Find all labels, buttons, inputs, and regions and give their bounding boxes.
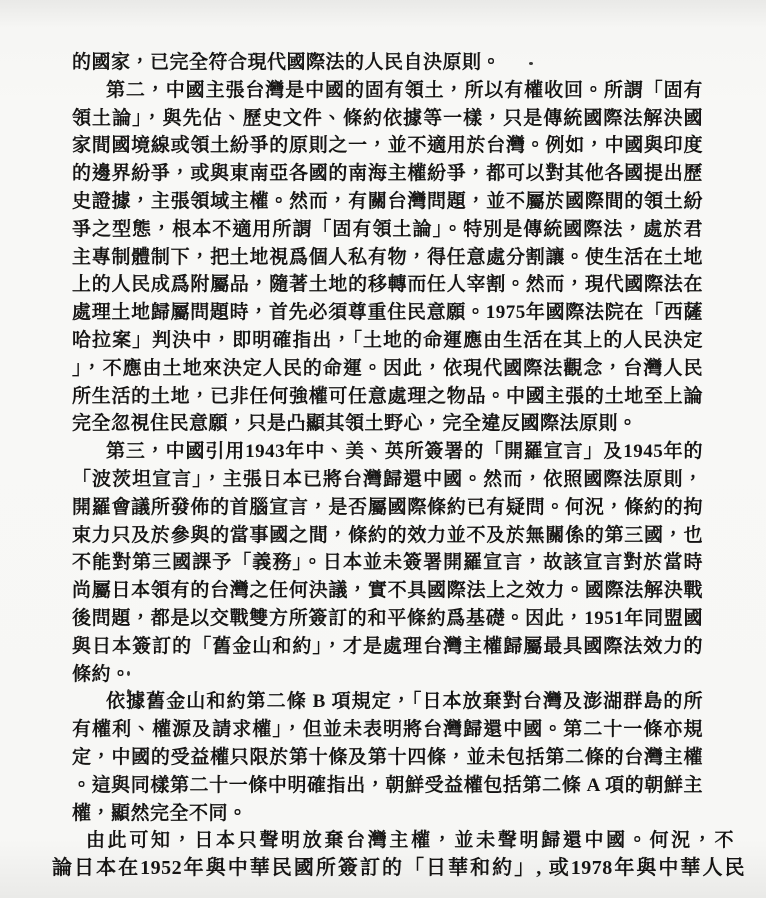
scan-text-line: 「波茨坦宣言」，主張日本已將台灣歸還中國。然而，依照國際法原則， (72, 466, 703, 494)
scan-text-line: 定，中國的受益權只限於第十條及第十四條，並未包括第二條的台灣主權 (72, 744, 703, 772)
scan-speckle (127, 671, 130, 676)
scan-text-line: 的邊界紛爭，或與東南亞各國的南海主權紛爭，都可以對其他各國提出歷 (72, 160, 703, 188)
scan-speckle (529, 62, 533, 65)
scan-text-line: 開羅會議所發佈的首腦宣言，是否屬國際條約已有疑問。何況，條約的拘 (72, 494, 703, 522)
scan-text-line: 」，不應由土地來決定人民的命運。因此，依現代國際法觀念，台灣人民 (72, 355, 703, 383)
scan-text-line: 爭之型態，根本不適用所謂「固有領土論」。特別是傳統國際法，處於君 (72, 216, 703, 244)
scan-text-line: 條約。 (72, 661, 703, 689)
scan-text-line: 家間國境線或領土紛爭的原則之一，並不適用於台灣。例如，中國與印度 (72, 132, 703, 160)
scan-text-line: 由此可知，日本只聲明放棄台灣主權，並未聲明歸還中國。何況，不 (52, 827, 734, 855)
scan-text-line: 領土論」，與先佔、歷史文件、條約依據等一樣，只是傳統國際法解決國 (72, 105, 703, 133)
scan-text-line: 有權利、權源及請求權」，但並未表明將台灣歸還中國。第二十一條亦規 (72, 716, 703, 744)
body-text-block: 的國家，已完全符合現代國際法的人民自決原則。第二，中國主張台灣是中國的固有領土，… (72, 49, 703, 883)
scan-text-line: 處理土地歸屬問題時，首先必須尊重住民意願。1975年國際法院在「西薩 (72, 299, 703, 327)
scan-text-line: 完全忽視住民意願，只是凸顯其領土野心，完全違反國際法原則。 (72, 410, 703, 438)
scan-text-line: 不能對第三國課予「義務」。日本並未簽署開羅宣言，故該宣言對於當時 (72, 549, 703, 577)
scan-text-line: 權，顯然完全不同。 (72, 800, 703, 828)
scan-text-line: 上的人民成爲附屬品，隨著土地的移轉而任人宰割。然而，現代國際法在 (72, 271, 703, 299)
scan-text-line: 論日本在1952年與中華民國所簽訂的「日華和約」, 或1978年與中華人民 (52, 855, 745, 883)
scan-text-line: 第二，中國主張台灣是中國的固有領土，所以有權收回。所謂「固有 (72, 77, 703, 105)
scan-text-line: 的國家，已完全符合現代國際法的人民自決原則。 (72, 49, 703, 77)
scan-text-line: 哈拉案」判決中，即明確指出，「土地的命運應由生活在其上的人民決定 (72, 327, 703, 355)
scan-text-line: 第三，中國引用1943年中、美、英所簽署的「開羅宣言」及1945年的 (72, 438, 703, 466)
scan-text-line: 主專制體制下，把土地視爲個人私有物，得任意處分割讓。使生活在土地 (72, 244, 703, 272)
scan-text-line: 束力只及於參與的當事國之間，條約的效力並不及於無關係的第三國，也 (72, 522, 703, 550)
scan-text-line: 與日本簽訂的「舊金山和約」，才是處理台灣主權歸屬最具國際法效力的 (72, 633, 703, 661)
scan-text-line: 依據舊金山和約第二條 B 項規定，「日本放棄對台灣及澎湖群島的所 (72, 688, 703, 716)
scan-text-line: 史證據，主張領域主權。然而，有關台灣問題，並不屬於國際間的領土紛 (72, 188, 703, 216)
scanned-page: 的國家，已完全符合現代國際法的人民自決原則。第二，中國主張台灣是中國的固有領土，… (0, 0, 766, 898)
scan-text-line: 尚屬日本領有的台灣之任何決議，實不具國際法上之效力。國際法解決戰 (72, 577, 703, 605)
scan-speckle (127, 689, 130, 695)
scan-text-line: 所生活的土地，已非任何強權可任意處理之物品。中國主張的土地至上論 (72, 383, 703, 411)
scan-text-line: 後問題，都是以交戰雙方所簽訂的和平條約爲基礎。因此，1951年同盟國 (72, 605, 703, 633)
scan-text-line: 。這與同樣第二十一條中明確指出，朝鮮受益權包括第二條 A 項的朝鮮主 (72, 772, 703, 800)
